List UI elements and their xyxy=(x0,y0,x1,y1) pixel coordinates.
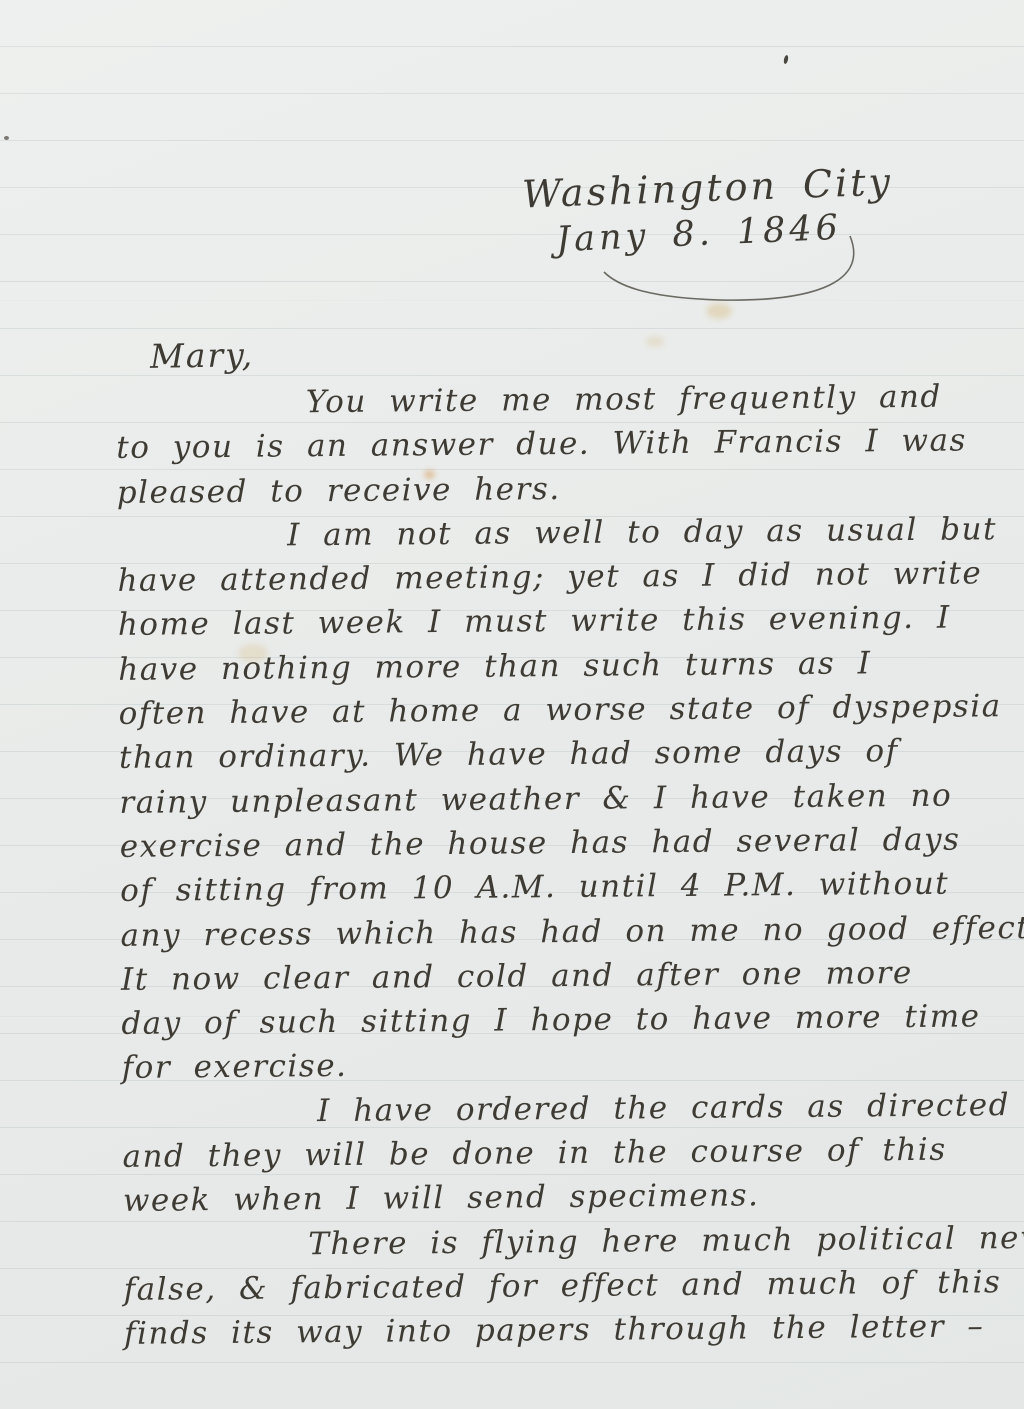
letter-line: any recess which has had on me no good e… xyxy=(120,906,1010,958)
foxing-stain xyxy=(646,336,664,347)
letter-line: to you is an answer due. With Francis I … xyxy=(116,418,1006,470)
letter-body: You write me most frequently and to you … xyxy=(116,374,1014,1356)
letter-line: I have ordered the cards as directed xyxy=(317,1083,1012,1133)
letter-line: day of such sitting I hope to have more … xyxy=(121,994,1011,1046)
date-flourish xyxy=(592,228,872,318)
letter-line: often have at home a worse state of dysp… xyxy=(118,684,1008,736)
letter-line: home last week I must write this evening… xyxy=(118,596,1008,648)
ink-speck xyxy=(4,136,9,140)
letter-line: have nothing more than such turns as I xyxy=(118,640,1008,692)
letter-line: than ordinary. We have had some days of xyxy=(119,728,1009,780)
letter-line: pleased to receive hers. xyxy=(117,463,1007,515)
ink-speck xyxy=(783,55,789,65)
letter-line: for exercise. xyxy=(122,1039,1012,1091)
letter-line: of sitting from 10 A.M. until 4 P.M. wit… xyxy=(120,861,1010,913)
letter-line: finds its way into papers through the le… xyxy=(124,1304,1014,1356)
letter-line: false, & fabricated for effect and much … xyxy=(123,1260,1013,1312)
letter-line: I am not as well to day as usual but xyxy=(287,507,1007,558)
letter-line: There is flying here much political news xyxy=(308,1216,1013,1266)
letter-line: rainy unpleasant weather & I have taken … xyxy=(119,773,1009,825)
letter-line: week when I will send specimens. xyxy=(123,1171,1013,1223)
letter-page: Washington City Jany 8. 1846 Mary, You w… xyxy=(0,0,1024,1409)
salutation: Mary, xyxy=(150,335,255,376)
letter-line: You write me most frequently and xyxy=(306,374,1006,424)
letter-line: It now clear and cold and after one more xyxy=(121,950,1011,1002)
letter-line: have attended meeting; yet as I did not … xyxy=(117,551,1007,603)
letter-line: and they will be done in the course of t… xyxy=(122,1127,1012,1179)
letter-line: exercise and the house has had several d… xyxy=(120,817,1010,869)
